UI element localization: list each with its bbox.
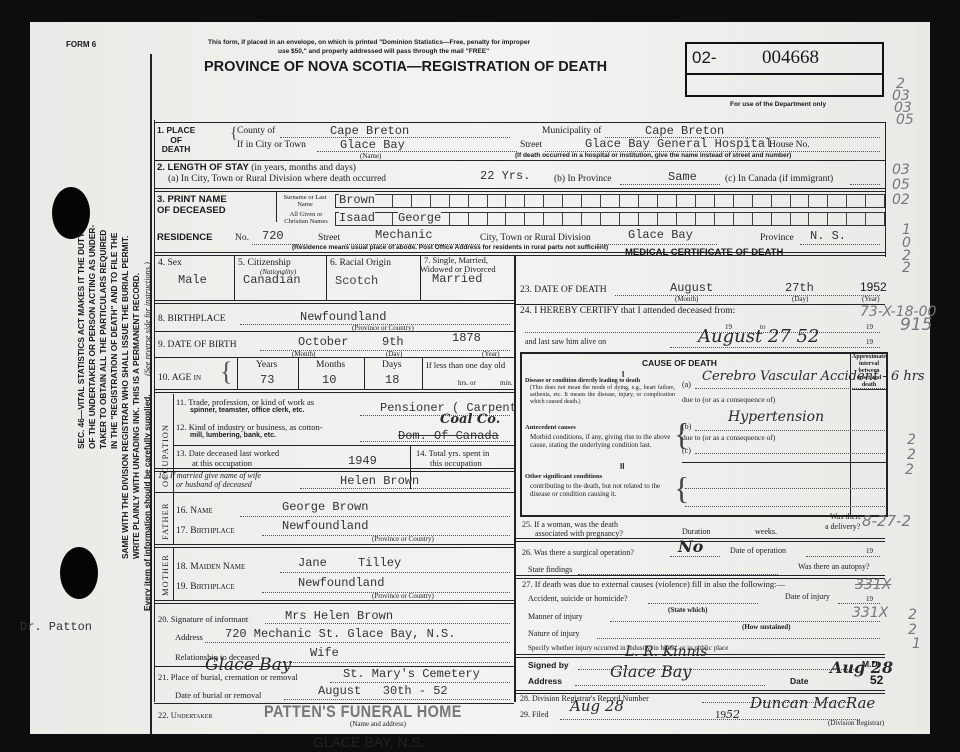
other-note: contributing to the death, but not relat… bbox=[530, 482, 675, 498]
manner-code: 331X bbox=[852, 605, 888, 621]
med-date-value: Aug 28 bbox=[830, 658, 893, 677]
rule bbox=[154, 122, 885, 123]
father-name: George Brown bbox=[282, 500, 368, 514]
last-saw-line bbox=[670, 347, 880, 348]
struck-code: 331X bbox=[855, 577, 891, 593]
rule bbox=[422, 358, 423, 390]
margin-code: 1 bbox=[912, 636, 921, 652]
residence-province-line bbox=[800, 244, 880, 245]
nature-line bbox=[597, 638, 880, 639]
delivery-note: 8-27-2 bbox=[862, 512, 911, 530]
age-days-label: Days bbox=[382, 360, 402, 370]
city-value: Glace Bay bbox=[340, 138, 405, 152]
age-days: 18 bbox=[385, 373, 399, 387]
relationship-line bbox=[280, 662, 510, 663]
rule bbox=[173, 548, 174, 600]
delivery-label-1: Was there bbox=[830, 512, 862, 521]
stay-title: 2. LENGTH OF STAY bbox=[157, 162, 249, 173]
rule bbox=[276, 192, 277, 222]
industry-label-2: mill, lumbering, bank, etc. bbox=[190, 432, 276, 439]
filed-label: 29. Filed bbox=[520, 710, 548, 719]
father-birthplace-label: 17. Birthplace bbox=[176, 526, 235, 536]
dod-line bbox=[615, 295, 880, 296]
margin-code: 915 bbox=[900, 315, 932, 335]
burial-handwritten: Glace Bay bbox=[205, 655, 291, 675]
rule bbox=[237, 358, 238, 390]
accident-line bbox=[648, 603, 758, 604]
surname-label: Surname or Last Name bbox=[280, 194, 330, 208]
burial-date-label: Date of burial or removal bbox=[175, 690, 261, 700]
mother-birthplace: Newfoundland bbox=[298, 576, 384, 590]
mother-first-name: Jane bbox=[298, 556, 327, 570]
registration-number: 004668 bbox=[762, 47, 819, 69]
filed-line bbox=[560, 719, 860, 720]
cause-b-line bbox=[695, 430, 885, 431]
dod-day-sub: (Day) bbox=[792, 295, 808, 303]
mother-name-line bbox=[280, 572, 510, 573]
institution-note: (If death occurred in a hospital or inst… bbox=[515, 152, 791, 159]
signed-value: L. R. Kinnis bbox=[625, 644, 707, 660]
less-than-day-label: If less than one day old bbox=[426, 360, 505, 370]
racial-origin-label: 6. Racial Origin bbox=[330, 258, 391, 268]
trade-label-1: 11. Trade, profession, or kind of work a… bbox=[176, 397, 314, 407]
residence-street: Mechanic bbox=[375, 228, 433, 242]
operation-date-label: Date of operation bbox=[730, 546, 786, 555]
informant-address: 720 Mechanic St. Glace Bay, N.S. bbox=[225, 627, 455, 641]
place-label-line3: DEATH bbox=[157, 145, 195, 155]
due-to-2: due to (or as a consequence of) bbox=[682, 433, 775, 442]
rule bbox=[154, 300, 514, 304]
last-worked-label-2: at this occupation bbox=[192, 458, 252, 468]
age-months-label: Months bbox=[316, 360, 345, 370]
name-label: 3. PRINT NAME OF DECEASED bbox=[157, 194, 227, 216]
direct-note: (This does not mean the mode of dying, e… bbox=[530, 385, 675, 406]
stay-a-label: (a) In City, Town or Rural Division wher… bbox=[168, 174, 386, 184]
county-label: County of bbox=[237, 126, 275, 136]
rule bbox=[420, 256, 421, 300]
residence-province: N. S. bbox=[810, 229, 846, 243]
side-notice-line-1: SEC. 46—VITAL STATISTICS ACT MAKES IT TH… bbox=[76, 225, 87, 617]
manner-label: Manner of injury bbox=[528, 612, 583, 621]
surname-value: Brown bbox=[339, 193, 375, 207]
burial-place: St. Mary's Cemetery bbox=[343, 667, 480, 681]
last-saw-label: and last saw him alive on bbox=[525, 337, 606, 346]
length-of-stay-label: 2. LENGTH OF STAY (in years, months and … bbox=[157, 162, 356, 173]
margin-code: 2 bbox=[907, 432, 916, 448]
rule bbox=[154, 600, 514, 604]
cause-a-value: Cerebro Vascular Accident - 6 hrs bbox=[702, 369, 925, 384]
municipality-label: Municipality of bbox=[542, 126, 601, 136]
margin-code: 2 bbox=[902, 260, 911, 276]
margin-code: 2 bbox=[908, 607, 917, 623]
certify-to-year: 19 bbox=[866, 323, 873, 331]
industry-handwritten: Coal Co. bbox=[440, 412, 500, 427]
pregnancy-label-2: associated with pregnancy? bbox=[535, 529, 623, 538]
pregnancy-label-1: 25. If a woman, was the death bbox=[522, 520, 618, 529]
form-title: PROVINCE OF NOVA SCOTIA—REGISTRATION OF … bbox=[204, 59, 607, 75]
other-label: Other significant conditions bbox=[525, 473, 602, 480]
med-address-value: Glace Bay bbox=[610, 662, 691, 681]
rule bbox=[298, 358, 299, 390]
marital-value: Married bbox=[432, 272, 482, 286]
informant-address-line bbox=[205, 642, 510, 643]
med-address-label: Address bbox=[528, 676, 562, 686]
mother-birthplace-sub: (Province or Country) bbox=[372, 592, 434, 600]
medical-heading: MEDICAL CERTIFICATE OF DEATH bbox=[625, 247, 783, 258]
manner-line bbox=[610, 621, 880, 622]
stay-c-label: (c) In Canada (if immigrant) bbox=[725, 174, 833, 184]
mother-side-label: MOTHER bbox=[160, 554, 170, 596]
burial-line bbox=[330, 682, 510, 683]
residence-city-line bbox=[597, 244, 717, 245]
father-name-line bbox=[240, 516, 510, 517]
industry-typed: Dom. Of Canada bbox=[398, 429, 499, 443]
dod-year-sub: (Year) bbox=[862, 295, 880, 303]
relationship-value: Wife bbox=[310, 646, 339, 660]
residence-province-label: Province bbox=[760, 233, 794, 243]
burial-date-line bbox=[284, 699, 510, 700]
autopsy-label: Was there an autopsy? bbox=[798, 562, 870, 571]
name-label-line2: OF DECEASED bbox=[157, 205, 227, 216]
mother-birthplace-label: 19. Birthplace bbox=[176, 582, 235, 592]
rule bbox=[154, 389, 514, 393]
med-date-label: Date bbox=[790, 676, 808, 686]
manner-sub: (How sustained) bbox=[742, 623, 790, 631]
residence-city-label: City, Town or Rural Division bbox=[480, 233, 591, 243]
postal-notice-2: use $50," and properly addressed will pa… bbox=[278, 48, 489, 55]
rule bbox=[682, 462, 886, 463]
rule bbox=[326, 256, 327, 300]
father-side-label: FATHER bbox=[160, 503, 170, 541]
margin-code: 05 bbox=[892, 177, 910, 193]
surname-grid bbox=[335, 194, 885, 208]
physician-note: Dr. Patton bbox=[20, 620, 92, 634]
stay-b-label: (b) In Province bbox=[554, 174, 612, 184]
delivery-label-2: a delivery? bbox=[825, 522, 860, 531]
name-label-line1: 3. PRINT NAME bbox=[157, 194, 227, 205]
citizenship-label: 5. Citizenship bbox=[238, 258, 291, 268]
margin-code: 05 bbox=[896, 112, 914, 128]
surgery-value: No bbox=[678, 537, 703, 556]
cause-a-line bbox=[695, 388, 885, 389]
frame-left bbox=[154, 120, 155, 702]
last-saw-value: August 27 52 bbox=[698, 326, 819, 347]
registration-number-box: 02- 004668 bbox=[685, 42, 884, 97]
registrar-sub: (Division Registrar) bbox=[828, 719, 884, 727]
last-worked-value: 1949 bbox=[348, 454, 377, 468]
citizenship-value: Canadian bbox=[243, 273, 301, 287]
rule bbox=[154, 357, 514, 358]
side-notice-line-5: SAME WITH THE DIVISION REGISTRAR WHO SHA… bbox=[120, 225, 131, 617]
filed-year-display: 1952 bbox=[715, 708, 740, 721]
street-value: Glace Bay General Hospital bbox=[585, 137, 772, 151]
operation-year: 19 bbox=[866, 547, 873, 555]
birthplace-label: 8. BIRTHPLACE bbox=[158, 314, 226, 324]
dob-year: 1878 bbox=[452, 331, 481, 345]
other-line-1 bbox=[685, 488, 885, 489]
undertaker-label: 22. Undertaker bbox=[158, 710, 212, 720]
cause-b-prefix: (b) bbox=[682, 422, 691, 431]
cause-heading: CAUSE OF DEATH bbox=[642, 358, 717, 368]
age-brace: { bbox=[220, 359, 232, 385]
dod-day: 27th bbox=[785, 281, 814, 295]
given-label: All Given or Christian Names bbox=[280, 211, 332, 225]
department-note: For use of the Department only bbox=[730, 101, 826, 108]
total-years-label-2: this occupation bbox=[430, 458, 482, 468]
death-registration-form: FORM 6 This form, if placed in an envelo… bbox=[30, 22, 930, 734]
accident-label: Accident, suicide or homicide? bbox=[528, 594, 628, 603]
stay-b-line bbox=[620, 184, 720, 185]
birthplace-value: Newfoundland bbox=[300, 310, 386, 324]
side-notice: SEC. 46—VITAL STATISTICS ACT MAKES IT TH… bbox=[76, 225, 153, 617]
sex-value: Male bbox=[178, 273, 207, 287]
age-years: 73 bbox=[260, 373, 274, 387]
signed-label: Signed by bbox=[528, 660, 569, 670]
undertaker-sub: (Name and address) bbox=[350, 720, 406, 728]
cause-a-prefix: (a) bbox=[682, 380, 691, 389]
cause-c-line bbox=[695, 453, 885, 454]
cause-c-prefix: (c) bbox=[682, 446, 691, 455]
due-to-1: due to (or as a consequence of) bbox=[682, 395, 775, 404]
spouse-label-2: or husband of deceased bbox=[176, 480, 252, 489]
given-name-second: George bbox=[398, 211, 441, 225]
trade-label-2: spinner, teamster, office clerk, etc. bbox=[190, 407, 304, 414]
operation-date-line bbox=[806, 556, 880, 557]
house-label: House No. bbox=[769, 140, 810, 150]
given-name-first: Isaad bbox=[339, 211, 375, 225]
margin-code: 03 bbox=[892, 162, 910, 178]
last-worked-label-1: 13. Date deceased last worked bbox=[176, 448, 279, 458]
city-label: If in City or Town bbox=[237, 140, 306, 150]
residence-street-label: Street bbox=[318, 233, 340, 243]
rule bbox=[234, 256, 235, 300]
age-years-label: Years bbox=[256, 360, 277, 370]
dod-year: 1952 bbox=[860, 280, 887, 294]
father-name-label: 16. Name bbox=[176, 506, 213, 516]
dod-month: August bbox=[670, 281, 713, 295]
antecedent-label: Antecedent causes bbox=[525, 424, 576, 431]
dob-label: 9. DATE OF BIRTH bbox=[158, 340, 237, 350]
informant-signature-label: 20. Signature of informant bbox=[158, 614, 248, 624]
accident-sub: (State which) bbox=[668, 606, 707, 614]
rule bbox=[154, 188, 885, 192]
rule bbox=[516, 304, 885, 305]
stay-b-value: Same bbox=[668, 170, 697, 184]
dob-day: 9th bbox=[382, 335, 404, 349]
form-number: FORM 6 bbox=[66, 40, 96, 49]
duration-label: Duration bbox=[682, 527, 710, 536]
total-years-label-1: 14. Total yrs. spent in bbox=[416, 448, 489, 458]
injury-date-label: Date of injury bbox=[785, 592, 830, 601]
cause-b-value: Hypertension bbox=[728, 409, 824, 425]
spouse-label-1: 15. If married give name of wife bbox=[158, 471, 261, 480]
municipality-value: Cape Breton bbox=[645, 124, 724, 138]
nature-label: Nature of injury bbox=[528, 629, 580, 638]
rule bbox=[364, 358, 365, 390]
med-date-year-display: 52 bbox=[870, 673, 883, 687]
street-label: Street bbox=[520, 140, 542, 150]
roman-two: II bbox=[620, 462, 624, 471]
dod-label: 23. DATE OF DEATH bbox=[520, 285, 607, 295]
stay-sub: (in years, months and days) bbox=[251, 163, 356, 173]
side-notice-line-7: Every item of information should be care… bbox=[142, 394, 152, 611]
surgery-line bbox=[670, 556, 720, 557]
other-line-2 bbox=[685, 506, 885, 507]
external-label: 27. If death was due to external causes … bbox=[522, 579, 785, 589]
margin-code: 02 bbox=[892, 192, 910, 208]
place-of-death-label: 1. PLACE OF DEATH bbox=[157, 126, 195, 155]
industry-label-1: 12. Kind of industry or business, as cot… bbox=[176, 422, 323, 432]
residence-no-label: No. bbox=[235, 233, 249, 243]
side-notice-line-2: OF THE UNDERTAKER OR PERSON ACTING AS UN… bbox=[87, 225, 98, 617]
spouse-line bbox=[300, 488, 510, 489]
certify-label: 24. I HEREBY CERTIFY that I attended dec… bbox=[520, 306, 735, 316]
min-label: min. bbox=[500, 379, 513, 387]
burial-date: August 30th - 52 bbox=[318, 684, 448, 698]
rule bbox=[154, 492, 514, 493]
residence-note: (Residence means usual place of abode. P… bbox=[292, 244, 608, 251]
spouse-value: Helen Brown bbox=[340, 474, 419, 488]
stay-c-line bbox=[850, 184, 880, 185]
weeks-label: weeks. bbox=[755, 527, 777, 536]
direct-label: Disease or condition directly leading to… bbox=[525, 378, 640, 384]
informant-signature-line bbox=[265, 623, 510, 624]
rule bbox=[173, 445, 514, 446]
margin-code: 2 bbox=[907, 447, 916, 463]
med-address-line bbox=[575, 685, 765, 686]
age-months: 10 bbox=[322, 373, 336, 387]
postal-notice-1: This form, if placed in an envelope, on … bbox=[208, 39, 530, 46]
rule bbox=[173, 492, 174, 544]
father-birthplace-sub: (Province or Country) bbox=[372, 535, 434, 543]
registrar-signature: Duncan MacRae bbox=[750, 694, 875, 712]
city-sub: (Name) bbox=[360, 152, 381, 160]
stay-a-value: 22 Yrs. bbox=[480, 169, 530, 183]
county-value: Cape Breton bbox=[330, 124, 409, 138]
informant-signature: Mrs Helen Brown bbox=[285, 609, 393, 623]
column-divider bbox=[514, 256, 516, 702]
findings-label: State findings bbox=[528, 565, 572, 574]
margin-code: 2 bbox=[905, 462, 914, 478]
last-saw-year: 19 bbox=[866, 338, 873, 346]
side-notice-line-4: IN THE "REGISTRATION OF DEATH" AND TO FI… bbox=[109, 225, 120, 617]
side-notice-line-6: WRITE PLAINLY WITH UNFADING INK. THIS IS… bbox=[131, 225, 142, 617]
rule bbox=[154, 544, 514, 548]
father-birthplace: Newfoundland bbox=[282, 519, 368, 533]
side-notice-instructions: (See reverse side for instructions.) bbox=[143, 262, 152, 376]
dod-month-sub: (Month) bbox=[675, 295, 698, 303]
age-label: 10. AGE in bbox=[158, 373, 201, 383]
informant-address-label: Address bbox=[175, 632, 203, 642]
side-notice-line-3: TAKER TO OBTAIN ALL THE PARTICULARS REQU… bbox=[98, 225, 109, 617]
registration-prefix: 02- bbox=[692, 48, 717, 68]
residence-label: RESIDENCE bbox=[157, 232, 212, 243]
surgery-label: 26. Was there a surgical operation? bbox=[522, 548, 634, 557]
residence-no: 720 bbox=[262, 229, 284, 243]
residence-city: Glace Bay bbox=[628, 228, 693, 242]
sex-label: 4. Sex bbox=[158, 258, 182, 268]
mother-name-label: 18. Maiden Name bbox=[176, 562, 245, 572]
frame-right bbox=[885, 122, 886, 257]
rule bbox=[154, 160, 885, 161]
undertaker-stamp: PATTEN'S FUNERAL HOME bbox=[264, 702, 462, 722]
injury-date-line bbox=[838, 603, 880, 604]
racial-origin-value: Scotch bbox=[335, 274, 378, 288]
injury-year: 19 bbox=[866, 595, 873, 603]
undertaker-city: GLACE BAY, N.S. bbox=[313, 734, 425, 750]
dob-month: October bbox=[298, 335, 348, 349]
mother-last-name: Tilley bbox=[358, 556, 401, 570]
hrs-label: hrs. or bbox=[458, 379, 476, 387]
filed-value: Aug 28 bbox=[570, 697, 624, 715]
antecedent-note: Morbid conditions, if any, giving rise t… bbox=[530, 433, 675, 449]
